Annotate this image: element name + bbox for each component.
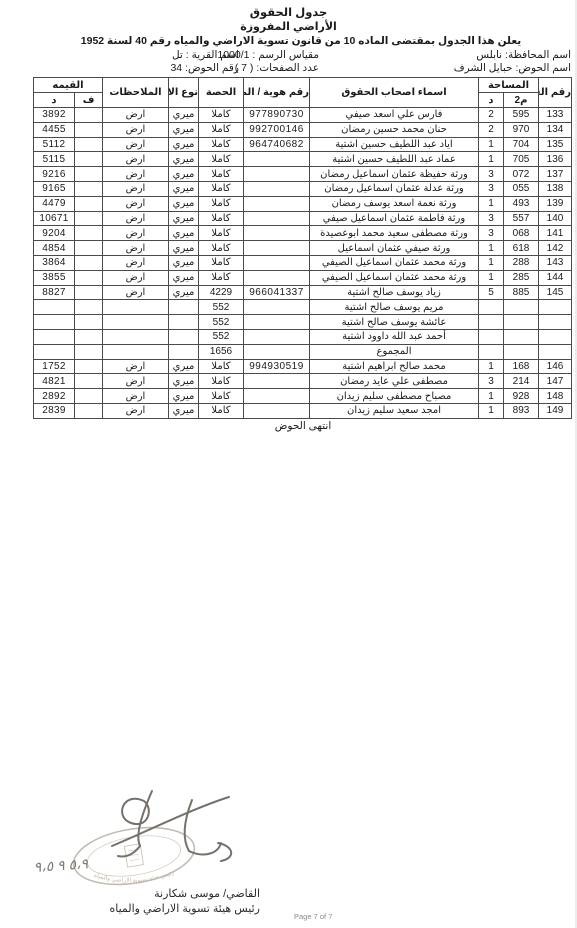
cell-id [244, 167, 310, 182]
doc-declaration: يعلن هذا الجدول بمقتضى الماده 10 من قانو… [0, 35, 577, 47]
cell-m2: 885 [504, 285, 539, 300]
table-row: 1461681محمد صالح ابراهيم اشتية994930519ك… [33, 359, 571, 374]
cell-share: كاملا [199, 389, 244, 404]
cell-d [479, 300, 504, 315]
cell-id [244, 329, 310, 344]
cell-notes: ارض [103, 152, 169, 167]
cell-owner: مصباح مصطفى سليم زيدان [310, 389, 479, 404]
cell-id: 994930519 [244, 359, 310, 374]
cell-vf [75, 167, 103, 182]
cell-share: 1656 [199, 344, 244, 359]
cell-owner: اياد عبد اللطيف حسين اشتية [310, 137, 479, 152]
cell-id [244, 315, 310, 330]
cell-notes [103, 300, 169, 315]
cell-owner: ورثة عدلة عثمان اسماعيل رمضان [310, 181, 479, 196]
cell-vf [75, 359, 103, 374]
cell-vf [75, 403, 103, 418]
cell-owner: زياد يوسف صالح اشتية [310, 285, 479, 300]
cell-type: ميري [169, 374, 199, 389]
cell-type: ميري [169, 181, 199, 196]
official-stamp-and-signature: رئيس هيئة تسوية الاراضي والمياه ٥،٩ ٩ ٩،… [22, 788, 247, 900]
table-row: 1442851ورثة محمد عثمان اسماعيل الصيفيكام… [33, 270, 571, 285]
cell-vd: 4854 [33, 241, 74, 256]
table-row: 1349702حنان محمد حسين رمضان992700146كامل… [33, 122, 571, 137]
cell-share: كاملا [199, 152, 244, 167]
cell-d: 5 [479, 285, 504, 300]
cell-vf [75, 329, 103, 344]
cell-parcel [539, 329, 572, 344]
cell-vf [75, 226, 103, 241]
governorate-line: اسم المحافظة: نابلس [386, 49, 571, 62]
table-row: 1405573ورثة فاطمة عثمان اسماعيل صيفيكامل… [33, 211, 571, 226]
cell-vf [75, 344, 103, 359]
cell-id [244, 241, 310, 256]
cell-id [244, 344, 310, 359]
page-number: Page 7 of 7 [294, 912, 332, 921]
judge-title: رئيس هيئة تسوية الاراضي والمياه [18, 902, 260, 915]
col-land-type: نوع الارض [169, 78, 199, 108]
col-area-d: د [479, 93, 504, 108]
cell-d: 1 [479, 403, 504, 418]
cell-owner: مريم يوسف صالح اشتية [310, 300, 479, 315]
cell-m2 [504, 344, 539, 359]
cell-parcel [539, 300, 572, 315]
cell-share: كاملا [199, 359, 244, 374]
cell-d: 3 [479, 374, 504, 389]
col-owner-id: رقم هوية / المالك [244, 78, 310, 108]
cell-type: ميري [169, 226, 199, 241]
cell-d: 1 [479, 270, 504, 285]
cell-share: كاملا [199, 403, 244, 418]
cell-vd: 4821 [33, 374, 74, 389]
cell-vd: 8827 [33, 285, 74, 300]
cell-share: كاملا [199, 211, 244, 226]
header-row-1: رقم القطعة المساحة اسماء اصحاب الحقوق رق… [33, 78, 571, 93]
cell-d: 1 [479, 241, 504, 256]
cell-id [244, 374, 310, 389]
cell-vf [75, 196, 103, 211]
cell-m2: 557 [504, 211, 539, 226]
col-owners: اسماء اصحاب الحقوق [310, 78, 479, 108]
cell-notes: ارض [103, 181, 169, 196]
cell-id [244, 255, 310, 270]
table-row: 1335952فارس علي اسعد صيفي977890730كاملام… [33, 108, 571, 123]
cell-notes: ارض [103, 137, 169, 152]
table-header: رقم القطعة المساحة اسماء اصحاب الحقوق رق… [33, 78, 571, 108]
cell-vf [75, 211, 103, 226]
cell-m2: 893 [504, 403, 539, 418]
col-notes: الملاحظات [103, 78, 169, 108]
cell-id: 992700146 [244, 122, 310, 137]
cell-owner: ورثة مصطفى سعيد محمد ابوعصيدة [310, 226, 479, 241]
cell-parcel: 134 [539, 122, 572, 137]
cell-m2: 493 [504, 196, 539, 211]
cell-parcel: 149 [539, 403, 572, 418]
cell-d: 3 [479, 181, 504, 196]
cell-vf [75, 389, 103, 404]
cell-notes: ارض [103, 196, 169, 211]
cell-vd: 4455 [33, 122, 74, 137]
judge-name: القاضي/ موسى شكارنة [25, 887, 260, 900]
cell-notes: ارض [103, 374, 169, 389]
doc-subtitle: الأراضي المفروزة [0, 20, 577, 33]
cell-type: ميري [169, 108, 199, 123]
cell-id: 964740682 [244, 137, 310, 152]
cell-m2 [504, 329, 539, 344]
cell-vd: 3864 [33, 255, 74, 270]
col-area-m2: م2 [504, 93, 539, 108]
cell-share: كاملا [199, 108, 244, 123]
cell-parcel: 141 [539, 226, 572, 241]
table-row: 1367051عماد عبد اللطيف حسين اشتيةكاملامي… [33, 152, 571, 167]
cell-type: ميري [169, 255, 199, 270]
cell-owner: عماد عبد اللطيف حسين اشتية [310, 152, 479, 167]
cell-vd: 9204 [33, 226, 74, 241]
cell-notes: ارض [103, 226, 169, 241]
cell-vd: 3855 [33, 270, 74, 285]
cell-notes [103, 315, 169, 330]
cell-m2: 704 [504, 137, 539, 152]
cell-notes: ارض [103, 108, 169, 123]
cell-owner: ورثة نعمة اسعد يوسف رمضان [310, 196, 479, 211]
cell-parcel: 148 [539, 389, 572, 404]
table-row: عائشة يوسف صالح اشتية552 [33, 315, 571, 330]
cell-type: ميري [169, 403, 199, 418]
cell-vf [75, 152, 103, 167]
cell-m2: 288 [504, 255, 539, 270]
table-row: 1357041اياد عبد اللطيف حسين اشتية9647406… [33, 137, 571, 152]
cell-vd: 1752 [33, 359, 74, 374]
cell-vf [75, 315, 103, 330]
cell-d: 3 [479, 167, 504, 182]
cell-share: كاملا [199, 241, 244, 256]
cell-owner: المجموع [310, 344, 479, 359]
cell-id [244, 196, 310, 211]
cell-owner: فارس علي اسعد صيفي [310, 108, 479, 123]
table-row: أحمد عبد الله داوود اشتية552 [33, 329, 571, 344]
cell-parcel: 136 [539, 152, 572, 167]
cell-d: 1 [479, 137, 504, 152]
cell-notes [103, 329, 169, 344]
cell-m2 [504, 315, 539, 330]
cell-notes [103, 344, 169, 359]
cell-type [169, 344, 199, 359]
cell-d: 1 [479, 359, 504, 374]
cell-m2: 068 [504, 226, 539, 241]
cell-share: كاملا [199, 137, 244, 152]
cell-share: كاملا [199, 255, 244, 270]
cell-vd: 5115 [33, 152, 74, 167]
cell-type [169, 315, 199, 330]
cell-share: 552 [199, 329, 244, 344]
table-row: 1426181ورثة صيفي عثمان اسماعيلكاملاميريا… [33, 241, 571, 256]
cell-d: 1 [479, 196, 504, 211]
cell-m2: 214 [504, 374, 539, 389]
cell-d: 1 [479, 255, 504, 270]
cell-vf [75, 241, 103, 256]
col-share: الحصة [199, 78, 244, 108]
cell-type: ميري [169, 122, 199, 137]
cell-d: 1 [479, 389, 504, 404]
title-block: جدول الحقوق الأراضي المفروزة يعلن هذا ال… [0, 5, 577, 47]
cell-id [244, 270, 310, 285]
cell-vd [33, 329, 74, 344]
cell-notes: ارض [103, 270, 169, 285]
cell-type: ميري [169, 285, 199, 300]
basin-number-line: رقم الحوض: 34 [104, 62, 239, 75]
cell-parcel: 147 [539, 374, 572, 389]
cell-m2: 970 [504, 122, 539, 137]
cell-m2: 928 [504, 389, 539, 404]
cell-type: ميري [169, 152, 199, 167]
rights-table-body: 1335952فارس علي اسعد صيفي977890730كاملام… [33, 108, 571, 419]
cell-m2: 285 [504, 270, 539, 285]
cell-notes: ارض [103, 241, 169, 256]
cell-vd: 2839 [33, 403, 74, 418]
table-row: 1380553ورثة عدلة عثمان اسماعيل رمضانكامل… [33, 181, 571, 196]
cell-parcel: 137 [539, 167, 572, 182]
cell-owner: ورثة محمد عثمان اسماعيل الصيفي [310, 270, 479, 285]
cell-owner: ورثة محمد عثمان اسماعيل الصيفي [310, 255, 479, 270]
cell-vd: 9216 [33, 167, 74, 182]
cell-vf [75, 122, 103, 137]
cell-m2 [504, 300, 539, 315]
table-row: 1410683ورثة مصطفى سعيد محمد ابوعصيدةكامل… [33, 226, 571, 241]
table-row: 1432881ورثة محمد عثمان اسماعيل الصيفيكام… [33, 255, 571, 270]
cell-share: كاملا [199, 226, 244, 241]
cell-parcel [539, 344, 572, 359]
cell-parcel [539, 315, 572, 330]
cell-vf [75, 255, 103, 270]
cell-share: 552 [199, 315, 244, 330]
cell-type: ميري [169, 211, 199, 226]
cell-parcel: 139 [539, 196, 572, 211]
info-block-right: اسم المحافظة: نابلس اسم الحوض: حبايل الش… [386, 49, 571, 75]
cell-owner: عائشة يوسف صالح اشتية [310, 315, 479, 330]
cell-share: كاملا [199, 122, 244, 137]
cell-share: 4229 [199, 285, 244, 300]
cell-m2: 705 [504, 152, 539, 167]
table-row: 1498931امجد سعيد سليم زيدانكاملاميريارض2… [33, 403, 571, 418]
cell-vd [33, 300, 74, 315]
cell-id [244, 181, 310, 196]
cell-id [244, 300, 310, 315]
cell-vf [75, 300, 103, 315]
cell-owner: مصطفى علي عايد رمضان [310, 374, 479, 389]
cell-vf [75, 285, 103, 300]
cell-vf [75, 137, 103, 152]
cell-d [479, 315, 504, 330]
table-row: 1394931ورثة نعمة اسعد يوسف رمضانكاملامير… [33, 196, 571, 211]
cell-id [244, 403, 310, 418]
cell-id [244, 226, 310, 241]
rights-table: رقم القطعة المساحة اسماء اصحاب الحقوق رق… [33, 77, 572, 419]
cell-type: ميري [169, 359, 199, 374]
cell-vd: 9165 [33, 181, 74, 196]
cell-d: 3 [479, 211, 504, 226]
stamp-ring-text: رئيس هيئة تسوية الاراضي والمياه [93, 870, 175, 884]
cell-m2: 618 [504, 241, 539, 256]
cell-notes: ارض [103, 403, 169, 418]
col-area: المساحة [479, 78, 539, 93]
cell-id [244, 211, 310, 226]
cell-vd: 5112 [33, 137, 74, 152]
col-value: القيمه [33, 78, 102, 93]
cell-type: ميري [169, 167, 199, 182]
cell-owner: ورثة حفيظة عثمان اسماعيل رمضان [310, 167, 479, 182]
cell-id [244, 152, 310, 167]
table-row: 1489281مصباح مصطفى سليم زيدانكاملاميريار… [33, 389, 571, 404]
cell-vf [75, 181, 103, 196]
table-row: المجموع1656 [33, 344, 571, 359]
document-page: جدول الحقوق الأراضي المفروزة يعلن هذا ال… [0, 0, 577, 928]
cell-vd: 4479 [33, 196, 74, 211]
cell-notes: ارض [103, 167, 169, 182]
cell-d [479, 344, 504, 359]
cell-type: ميري [169, 137, 199, 152]
cell-m2: 072 [504, 167, 539, 182]
doc-title: جدول الحقوق [0, 5, 577, 19]
cell-notes: ارض [103, 122, 169, 137]
cell-vd: 10671 [33, 211, 74, 226]
cell-parcel: 140 [539, 211, 572, 226]
cell-type [169, 329, 199, 344]
cell-parcel: 144 [539, 270, 572, 285]
cell-type: ميري [169, 270, 199, 285]
cell-vd [33, 315, 74, 330]
cell-d: 1 [479, 152, 504, 167]
village-line: اسم القرية : تل [104, 49, 239, 62]
cell-vd: 3892 [33, 108, 74, 123]
handwritten-date-digits: ٥،٩ ٩ ٩،٥ [33, 855, 89, 875]
cell-id: 977890730 [244, 108, 310, 123]
info-block-left: اسم القرية : تل رقم الحوض: 34 [104, 49, 239, 75]
cell-notes: ارض [103, 359, 169, 374]
col-value-d: د [33, 93, 74, 108]
cell-d [479, 329, 504, 344]
cell-owner: ورثة صيفي عثمان اسماعيل [310, 241, 479, 256]
cell-type: ميري [169, 241, 199, 256]
cell-notes: ارض [103, 211, 169, 226]
basin-name-line: اسم الحوض: حبايل الشرف [386, 62, 571, 75]
cell-parcel: 143 [539, 255, 572, 270]
cell-vf [75, 108, 103, 123]
cell-owner: محمد صالح ابراهيم اشتية [310, 359, 479, 374]
col-value-f: ف [75, 93, 103, 108]
col-parcel-no: رقم القطعة [539, 78, 572, 108]
table-row: مريم يوسف صالح اشتية552 [33, 300, 571, 315]
cell-type: ميري [169, 389, 199, 404]
cell-owner: امجد سعيد سليم زيدان [310, 403, 479, 418]
cell-vf [75, 374, 103, 389]
table-row: 1370723ورثة حفيظة عثمان اسماعيل رمضانكام… [33, 167, 571, 182]
cell-share: كاملا [199, 196, 244, 211]
cell-vd: 2892 [33, 389, 74, 404]
cell-share: كاملا [199, 270, 244, 285]
cell-parcel: 135 [539, 137, 572, 152]
cell-id [244, 389, 310, 404]
cell-share: كاملا [199, 167, 244, 182]
cell-parcel: 138 [539, 181, 572, 196]
cell-owner: أحمد عبد الله داوود اشتية [310, 329, 479, 344]
cell-notes: ارض [103, 255, 169, 270]
cell-notes: ارض [103, 389, 169, 404]
cell-type [169, 300, 199, 315]
cell-parcel: 145 [539, 285, 572, 300]
table-row: 1472143مصطفى علي عايد رمضانكاملاميريارض4… [33, 374, 571, 389]
basin-end-note: انتهى الحوض [34, 420, 572, 432]
cell-share: 552 [199, 300, 244, 315]
cell-vf [75, 270, 103, 285]
cell-m2: 055 [504, 181, 539, 196]
cell-parcel: 133 [539, 108, 572, 123]
cell-vd [33, 344, 74, 359]
cell-d: 2 [479, 108, 504, 123]
cell-share: كاملا [199, 374, 244, 389]
cell-notes: ارض [103, 285, 169, 300]
cell-parcel: 146 [539, 359, 572, 374]
cell-m2: 595 [504, 108, 539, 123]
cell-d: 2 [479, 122, 504, 137]
cell-owner: حنان محمد حسين رمضان [310, 122, 479, 137]
cell-id: 966041337 [244, 285, 310, 300]
cell-share: كاملا [199, 181, 244, 196]
cell-owner: ورثة فاطمة عثمان اسماعيل صيفي [310, 211, 479, 226]
cell-type: ميري [169, 196, 199, 211]
cell-d: 3 [479, 226, 504, 241]
table-row: 1458855زياد يوسف صالح اشتية9660413374229… [33, 285, 571, 300]
cell-m2: 168 [504, 359, 539, 374]
cell-parcel: 142 [539, 241, 572, 256]
